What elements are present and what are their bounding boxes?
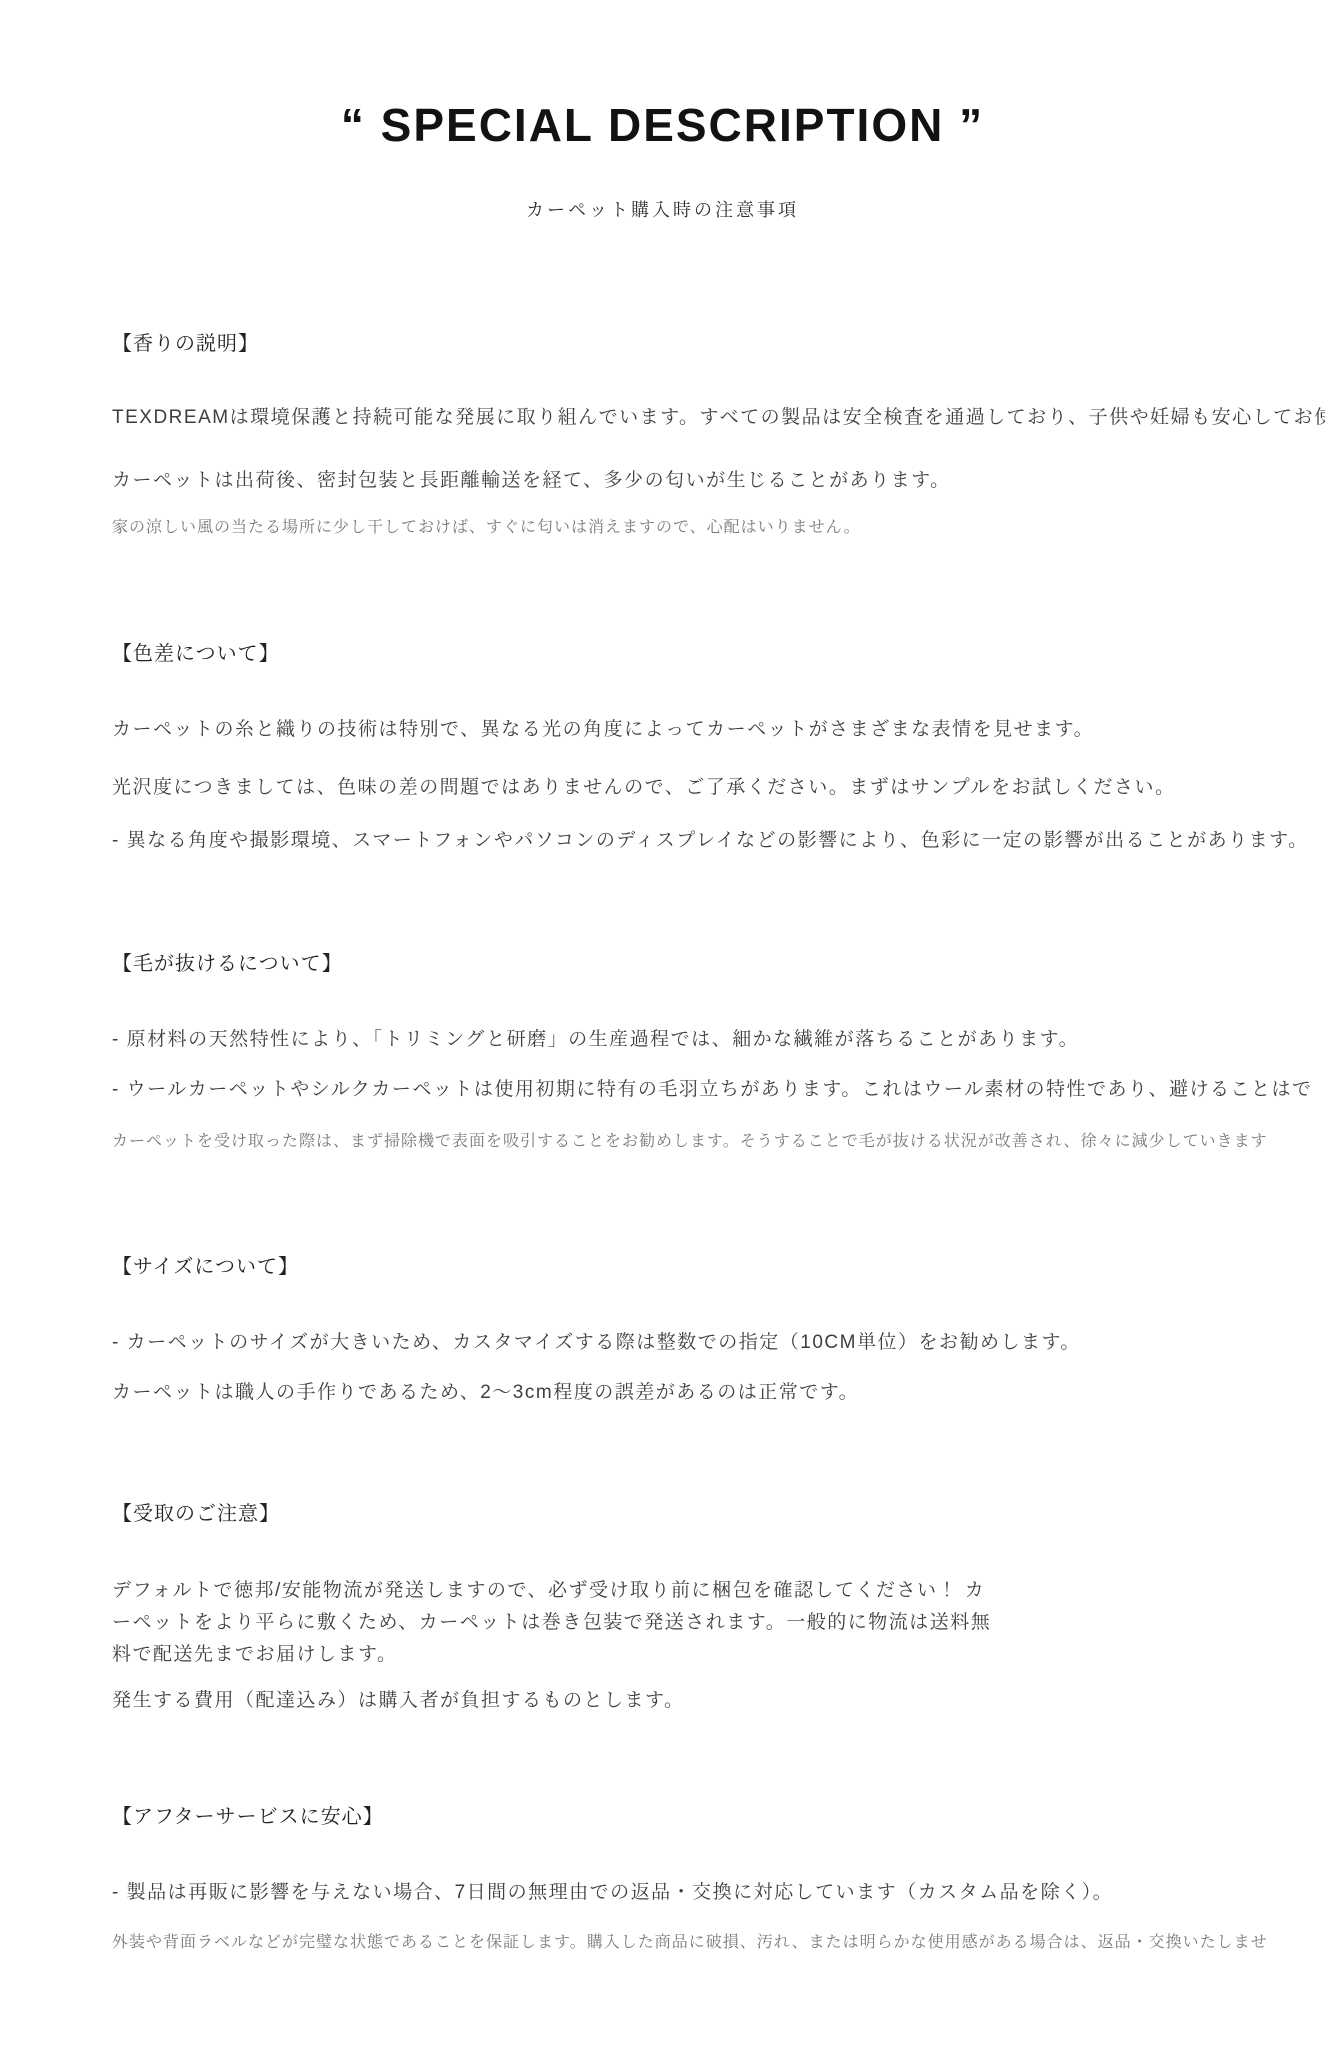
shipping-paragraph: デフォルトで徳邦/安能物流が発送しますので、必ず受け取り前に梱包を確認してくださ… <box>112 1575 1325 1671</box>
page-title: “ SPECIAL DESCRIPTION ” <box>0 98 1325 153</box>
note-paragraph: 外装や背面ラベルなどが完璧な状態であることを保証します。購入した商品に破損、汚れ… <box>112 1932 1325 1954</box>
note-paragraph: 家の涼しい風の当たる場所に少し干しておけば、すぐに匂いは消えますので、心配はいり… <box>112 517 1325 539</box>
paragraph: カーペットの糸と織りの技術は特別で、異なる光の角度によってカーペットがさまざまな… <box>112 717 1325 743</box>
section-color-difference: 【色差について】 カーペットの糸と織りの技術は特別で、異なる光の角度によってカー… <box>112 640 1325 854</box>
section-size: 【サイズについて】 - カーペットのサイズが大きいため、カスタマイズする際は整数… <box>112 1253 1325 1406</box>
shipping-line: ーペットをより平らに敷くため、カーペットは巻き包装で発送されます。一般的に物流は… <box>112 1607 1325 1639</box>
note-paragraph: カーペットを受け取った際は、まず掃除機で表面を吸引することをお勧めします。そうす… <box>112 1131 1325 1153</box>
paragraph: カーペットは出荷後、密封包装と長距離輸送を経て、多少の匂いが生じることがあります… <box>112 468 1325 494</box>
shipping-line: 料で配送先までお届けします。 <box>112 1639 1325 1671</box>
section-shedding: 【毛が抜けるについて】 - 原材料の天然特性により、「トリミングと研磨」の生産過… <box>112 950 1325 1153</box>
description-content: 【香りの説明】 TEXDREAMは環境保護と持続可能な発展に取り組んでいます。す… <box>0 330 1325 1954</box>
section-heading: 【サイズについて】 <box>112 1253 1325 1281</box>
section-heading: 【アフターサービスに安心】 <box>112 1803 1325 1831</box>
section-heading: 【香りの説明】 <box>112 330 1325 358</box>
paragraph: - 原材料の天然特性により、「トリミングと研磨」の生産過程では、細かな繊維が落ち… <box>112 1027 1325 1053</box>
paragraph: 光沢度につきましては、色味の差の問題ではありませんので、ご了承ください。まずはサ… <box>112 775 1325 801</box>
section-heading: 【毛が抜けるについて】 <box>112 950 1325 978</box>
paragraph: TEXDREAMは環境保護と持続可能な発展に取り組んでいます。すべての製品は安全… <box>112 405 1325 431</box>
paragraph: - カーペットのサイズが大きいため、カスタマイズする際は整数での指定（10CM単… <box>112 1330 1325 1356</box>
section-after-service: 【アフターサービスに安心】 - 製品は再販に影響を与えない場合、7日間の無理由で… <box>112 1803 1325 1954</box>
section-receiving-notice: 【受取のご注意】 デフォルトで徳邦/安能物流が発送しますので、必ず受け取り前に梱… <box>112 1500 1325 1714</box>
section-heading: 【受取のご注意】 <box>112 1500 1325 1528</box>
product-description-page: “ SPECIAL DESCRIPTION ” カーペット購入時の注意事項 【香… <box>0 0 1325 2048</box>
shipping-line: デフォルトで徳邦/安能物流が発送しますので、必ず受け取り前に梱包を確認してくださ… <box>112 1575 1325 1607</box>
paragraph: 発生する費用（配達込み）は購入者が負担するものとします。 <box>112 1688 1325 1714</box>
section-heading: 【色差について】 <box>112 640 1325 668</box>
paragraph: - ウールカーペットやシルクカーペットは使用初期に特有の毛羽立ちがあります。これ… <box>112 1077 1325 1103</box>
section-scent: 【香りの説明】 TEXDREAMは環境保護と持続可能な発展に取り組んでいます。す… <box>112 330 1325 539</box>
paragraph: - 異なる角度や撮影環境、スマートフォンやパソコンのディスプレイなどの影響により… <box>112 828 1325 854</box>
paragraph: - 製品は再販に影響を与えない場合、7日間の無理由での返品・交換に対応しています… <box>112 1880 1325 1906</box>
page-subtitle: カーペット購入時の注意事項 <box>0 198 1325 222</box>
paragraph: カーペットは職人の手作りであるため、2〜3cm程度の誤差があるのは正常です。 <box>112 1380 1325 1406</box>
